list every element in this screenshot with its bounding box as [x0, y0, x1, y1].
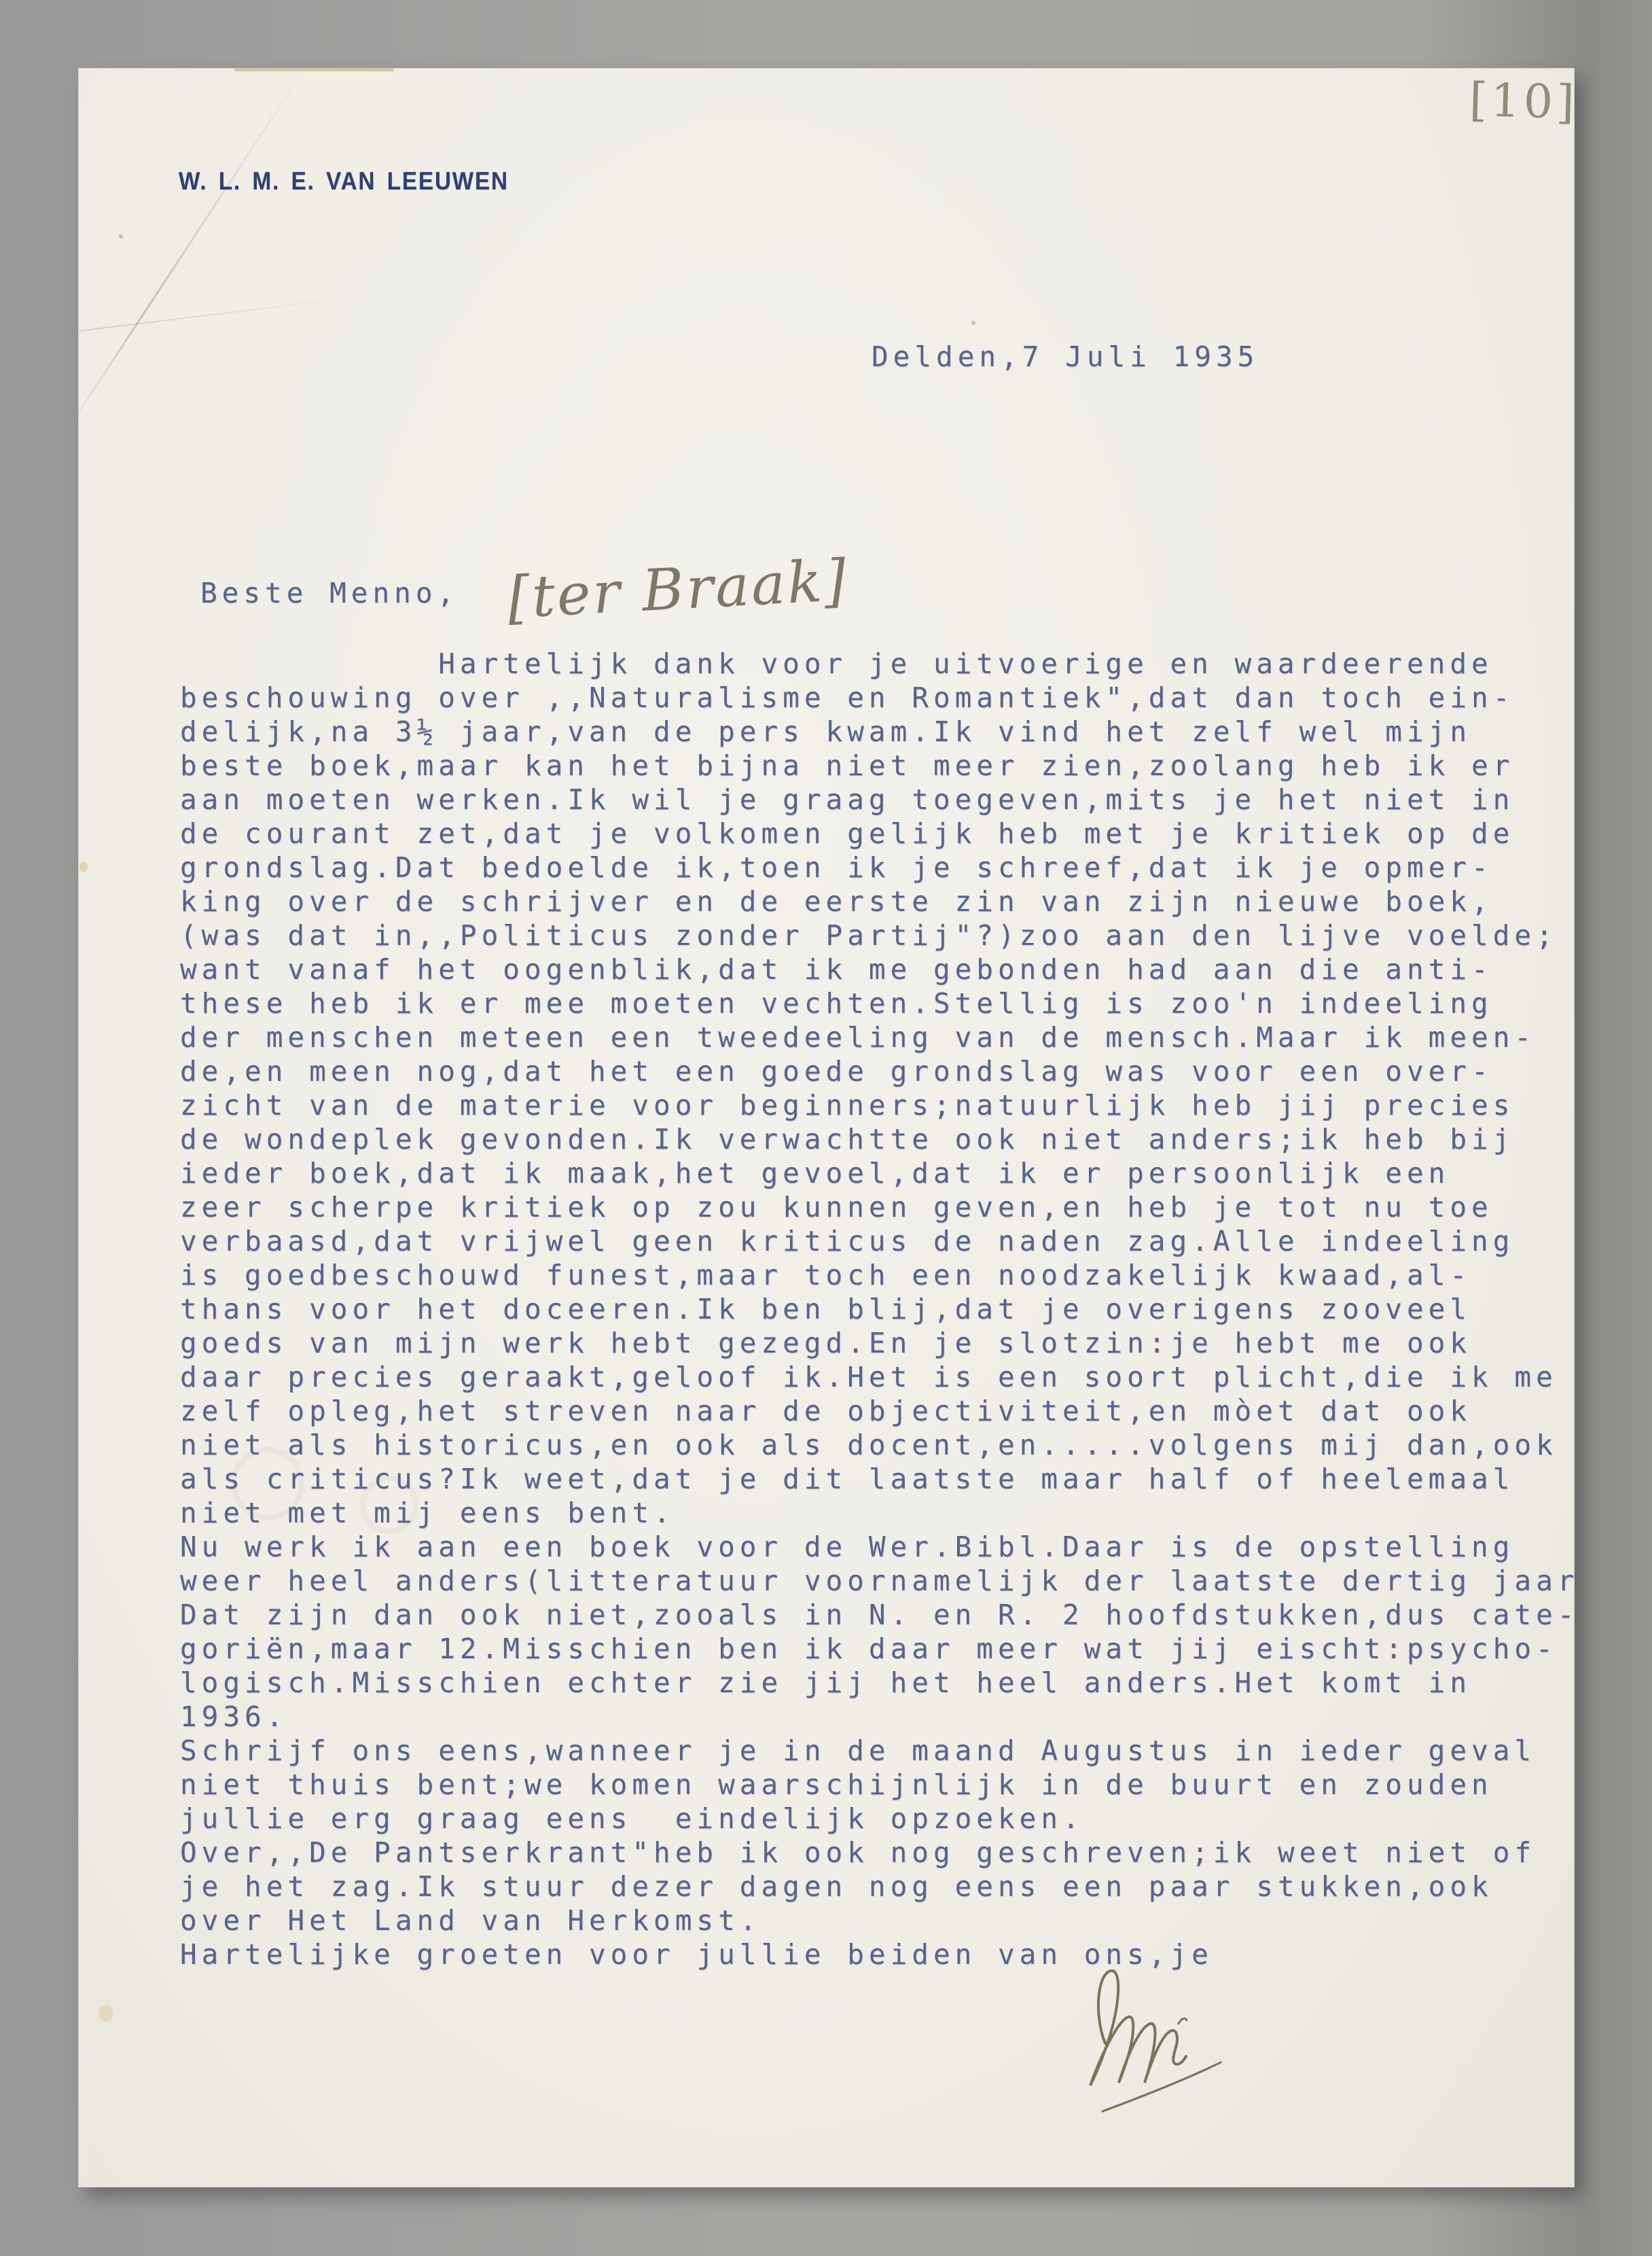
letter-body-line: these heb ik er mee moeten vechten.Stell…: [180, 986, 1575, 1020]
letter-body-line: Dat zijn dan ook niet,zooals in N. en R.…: [180, 1598, 1575, 1632]
letter-body-line: want vanaf het oogenblik,dat ik me gebon…: [180, 952, 1575, 986]
letter-body-line: Hartelijk dank voor je uitvoerige en waa…: [180, 647, 1575, 681]
letter-body-line: de,en meen nog,dat het een goede grondsl…: [180, 1054, 1575, 1088]
letter-body-line: over Het Land van Herkomst.: [180, 1903, 1575, 1937]
letter-body-line: thans voor het doceeren.Ik ben blij,dat …: [180, 1292, 1575, 1326]
letter-body-line: delijk,na 3½ jaar,van de pers kwam.Ik vi…: [180, 715, 1575, 749]
letter-body-line: Schrijf ons eens,wanneer je in de maand …: [180, 1734, 1575, 1768]
letter-body-line: beste boek,maar kan het bijna niet meer …: [180, 749, 1575, 783]
date-line: Delden,7 Juli 1935: [872, 340, 1259, 374]
paper-crease: [79, 295, 369, 332]
salutation-typed: Beste Menno,: [200, 576, 459, 610]
letter-body-line: weer heel anders(litteratuur voornamelij…: [180, 1564, 1575, 1598]
letter-body-line: de courant zet,dat je volkomen gelijk he…: [180, 817, 1575, 851]
letter-body-line: goeds van mijn werk hebt gezegd.En je sl…: [180, 1326, 1575, 1360]
letter-body-line: der menschen meteen een tweedeeling van …: [180, 1020, 1575, 1054]
letter-body-line: zeer scherpe kritiek op zou kunnen geven…: [180, 1190, 1575, 1224]
letter-body-line: Nu werk ik aan een boek voor de Wer.Bibl…: [180, 1530, 1575, 1564]
letter-body-line: de wondeplek gevonden.Ik verwachtte ook …: [180, 1122, 1575, 1156]
letter-body-line: daar precies geraakt,geloof ik.Het is ee…: [180, 1360, 1575, 1394]
letter-body: Hartelijk dank voor je uitvoerige en waa…: [180, 647, 1575, 1971]
paper-stain: [119, 234, 123, 238]
letter-body-line: zelf opleg,het streven naar de objectivi…: [180, 1394, 1575, 1428]
paper-stain: [79, 861, 88, 872]
letter-body-line: niet als historicus,en ook als docent,en…: [180, 1428, 1575, 1462]
salutation: Beste Menno, [ter Braak]: [200, 576, 848, 622]
letter-body-line: niet met mij eens bent.: [180, 1496, 1575, 1530]
salutation-handwritten-name: [ter Braak]: [506, 547, 850, 631]
paper-stain: [98, 2005, 113, 2022]
signature: Wim: [1063, 1941, 1280, 2172]
letter-body-line: (was dat in,,Politicus zonder Partij"?)z…: [180, 918, 1575, 952]
scanned-letter-page: { "page": { "archival_annotation": "[10]…: [0, 0, 1652, 2256]
letter-body-line: goriën,maar 12.Misschien ben ik daar mee…: [180, 1632, 1575, 1666]
letter-body-line: is goedbeschouwd funest,maar toch een no…: [180, 1258, 1575, 1292]
letter-body-line: logisch.Misschien echter zie jij het hee…: [180, 1666, 1575, 1700]
letter-body-line: ieder boek,dat ik maak,het gevoel,dat ik…: [180, 1156, 1575, 1190]
letter-body-line: je het zag.Ik stuur dezer dagen nog eens…: [180, 1869, 1575, 1903]
paper-edge-sliver: [234, 68, 394, 71]
letter-body-line: als criticus?Ik weet,dat je dit laatste …: [180, 1462, 1575, 1496]
letter-body-line: Hartelijke groeten voor jullie beiden va…: [180, 1937, 1575, 1971]
letter-body-line: aan moeten werken.Ik wil je graag toegev…: [180, 783, 1575, 817]
archival-annotation: [10]: [1469, 73, 1575, 130]
paper-crease: [78, 68, 306, 435]
paper-stain: [971, 321, 975, 325]
letter-body-line: 1936.: [180, 1700, 1575, 1734]
signature-ink-scrawl: [1063, 1941, 1280, 2172]
letter-body-line: jullie erg graag eens eindelijk opzoeken…: [180, 1802, 1575, 1836]
letter-body-line: grondslag.Dat bedoelde ik,toen ik je sch…: [180, 851, 1575, 884]
letter-body-line: king over de schrijver en de eerste zin …: [180, 884, 1575, 918]
letterhead-name: W. L. M. E. VAN LEEUWEN: [179, 167, 509, 196]
letter-body-line: niet thuis bent;we komen waarschijnlijk …: [180, 1768, 1575, 1802]
letter-body-line: beschouwing over ,,Naturalisme en Romant…: [180, 681, 1575, 715]
letter-body-line: Over,,De Pantserkrant"heb ik ook nog ges…: [180, 1836, 1575, 1869]
letter-body-line: zicht van de materie voor beginners;natu…: [180, 1088, 1575, 1122]
letter-body-line: verbaasd,dat vrijwel geen kriticus de na…: [180, 1224, 1575, 1258]
letter-paper-sheet: W. L. M. E. VAN LEEUWEN [10] Delden,7 Ju…: [78, 68, 1575, 2187]
